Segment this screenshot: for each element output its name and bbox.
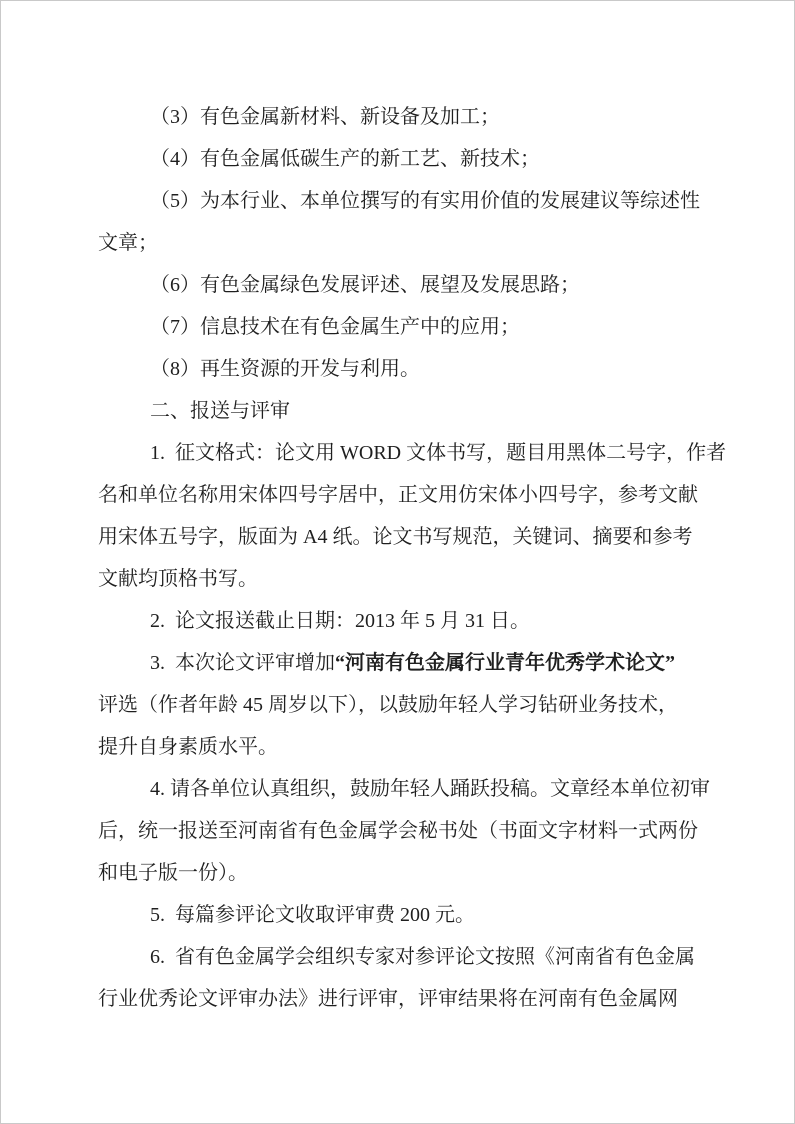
document-line: 后，统一报送至河南省有色金属学会秘书处（书面文字材料一式两份 [98, 810, 702, 852]
text-run: （4）有色金属低碳生产的新工艺、新技术； [150, 148, 540, 170]
document-page: （3）有色金属新材料、新设备及加工；（4）有色金属低碳生产的新工艺、新技术；（5… [0, 0, 795, 1124]
document-body: （3）有色金属新材料、新设备及加工；（4）有色金属低碳生产的新工艺、新技术；（5… [98, 96, 702, 1020]
document-line: 6. 省有色金属学会组织专家对参评论文按照《河南省有色金属 [98, 936, 702, 978]
text-run: 和电子版一份）。 [98, 862, 248, 884]
document-line: （5）为本行业、本单位撰写的有实用价值的发展建议等综述性 [98, 180, 702, 222]
document-line: （8）再生资源的开发与利用。 [98, 348, 702, 390]
document-line: 2. 论文报送截止日期：2013 年 5 月 31 日。 [98, 600, 702, 642]
document-line: 3. 本次论文评审增加“河南有色金属行业青年优秀学术论文” [98, 642, 702, 684]
text-run: （7）信息技术在有色金属生产中的应用； [150, 316, 520, 338]
document-line: 文献均顶格书写。 [98, 558, 702, 600]
document-line: 评选（作者年龄 45 周岁以下），以鼓励年轻人学习钻研业务技术， [98, 684, 702, 726]
text-run: （5）为本行业、本单位撰写的有实用价值的发展建议等综述性 [150, 190, 700, 212]
document-line: 提升自身素质水平。 [98, 726, 702, 768]
text-run: 5. 每篇参评论文收取评审费 200 元。 [150, 904, 475, 926]
text-run: 2. 论文报送截止日期：2013 年 5 月 31 日。 [150, 610, 530, 632]
text-run: （6）有色金属绿色发展评述、展望及发展思路； [150, 274, 580, 296]
text-run: （8）再生资源的开发与利用。 [150, 358, 420, 380]
document-line: 1. 征文格式：论文用 WORD 文体书写，题目用黑体二号字，作者 [98, 432, 702, 474]
document-line: （3）有色金属新材料、新设备及加工； [98, 96, 702, 138]
text-run: 文献均顶格书写。 [98, 568, 258, 590]
document-line: 5. 每篇参评论文收取评审费 200 元。 [98, 894, 702, 936]
document-line: 二、报送与评审 [98, 390, 702, 432]
text-run: 名和单位名称用宋体四号字居中，正文用仿宋体小四号字，参考文献 [98, 484, 698, 506]
text-run: 文章； [98, 232, 158, 254]
text-run: 3. 本次论文评审增加 [150, 652, 335, 674]
document-line: 文章； [98, 222, 702, 264]
document-line: 4. 请各单位认真组织，鼓励年轻人踊跃投稿。文章经本单位初审 [98, 768, 702, 810]
text-run: 提升自身素质水平。 [98, 736, 278, 758]
text-run: 行业优秀论文评审办法》进行评审，评审结果将在河南有色金属网 [98, 988, 678, 1010]
document-line: （6）有色金属绿色发展评述、展望及发展思路； [98, 264, 702, 306]
text-run: 评选（作者年龄 45 周岁以下），以鼓励年轻人学习钻研业务技术， [98, 694, 678, 716]
text-run: 用宋体五号字，版面为 A4 纸。论文书写规范，关键词、摘要和参考 [98, 526, 692, 548]
text-run: 二、报送与评审 [150, 400, 290, 422]
document-line: 名和单位名称用宋体四号字居中，正文用仿宋体小四号字，参考文献 [98, 474, 702, 516]
document-line: （7）信息技术在有色金属生产中的应用； [98, 306, 702, 348]
text-run: 1. 征文格式：论文用 WORD 文体书写，题目用黑体二号字，作者 [150, 442, 726, 464]
document-line: 和电子版一份）。 [98, 852, 702, 894]
text-run: （3）有色金属新材料、新设备及加工； [150, 106, 500, 128]
document-line: 行业优秀论文评审办法》进行评审，评审结果将在河南有色金属网 [98, 978, 702, 1020]
text-run: 4. 请各单位认真组织，鼓励年轻人踊跃投稿。文章经本单位初审 [150, 778, 710, 800]
emphasized-text-run: “河南有色金属行业青年优秀学术论文” [335, 652, 675, 674]
document-line: （4）有色金属低碳生产的新工艺、新技术； [98, 138, 702, 180]
document-line: 用宋体五号字，版面为 A4 纸。论文书写规范，关键词、摘要和参考 [98, 516, 702, 558]
text-run: 6. 省有色金属学会组织专家对参评论文按照《河南省有色金属 [150, 946, 695, 968]
text-run: 后，统一报送至河南省有色金属学会秘书处（书面文字材料一式两份 [98, 820, 698, 842]
